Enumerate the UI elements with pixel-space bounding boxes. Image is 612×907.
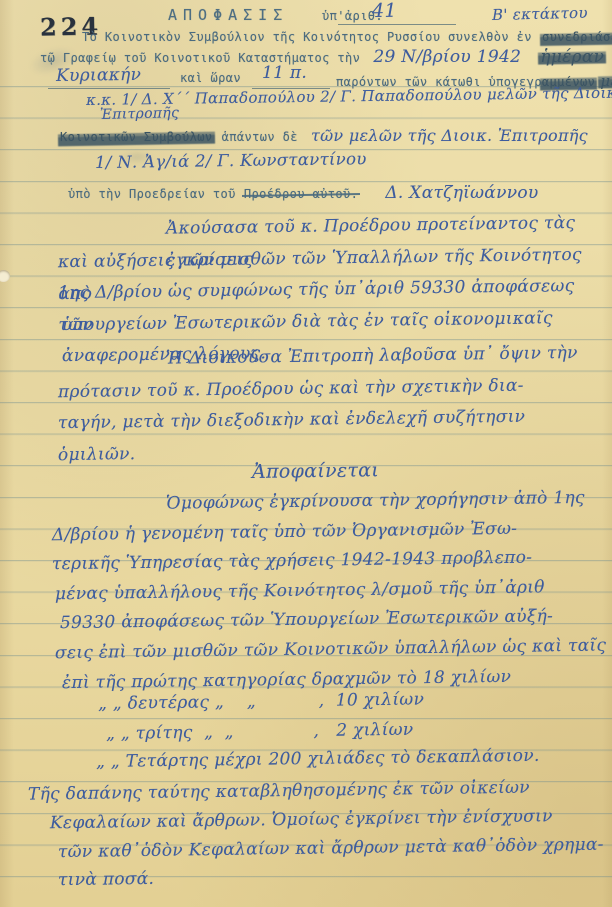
preamble-line-5-typed: ἁπάντων δὲ xyxy=(222,130,298,144)
preamble-line-5-hw: τῶν μελῶν τῆς Διοικ. Ἐπιτροπῆς xyxy=(311,126,588,145)
preamble-line-5: Κοινοτικῶν Συμβούλων ἁπάντων δὲ τῶν μελῶ… xyxy=(60,126,588,145)
scale-line-second: „ „ δευτέρας „ „ , 10 χιλίων xyxy=(98,689,424,714)
correction-insert: Ἐπιτροπῆς xyxy=(100,105,180,123)
scale-line-fourth: „ „ Τετάρτης μέχρι 200 χιλιάδες τὸ δεκαπ… xyxy=(96,746,540,772)
preamble-line-7-struck: Προέδρου αὐτοῦ. xyxy=(244,187,358,201)
document-page: 224 ΑΠΟΦΑΣΙΣ ὑπ'ἀριθ. 41 Β' εκτάκτου Τὸ … xyxy=(0,0,612,907)
preamble-line-3-time: 11 π. xyxy=(262,63,307,83)
decision-heading: Ἀποφαίνεται xyxy=(252,459,379,483)
preamble-line-2-typed: τῷ Γραφείῳ τοῦ Κοινοτικοῦ Καταστήματος τ… xyxy=(40,51,360,65)
preamble-line-5-struck: Κοινοτικῶν Συμβούλων xyxy=(60,130,213,144)
preamble-line-6-members: 1/ Ν. Ἀγ/ιά 2/ Γ. Κωνσταντίνου xyxy=(95,149,367,172)
preamble-line-1-struck: συνεδριάσει ἐν xyxy=(542,30,612,44)
president-name: Δ. Χατζηϊωάννου xyxy=(385,183,538,203)
paragraph-4: Τῆς δαπάνης ταύτης καταβληθησομένης ἐκ τ… xyxy=(0,781,612,896)
decision-title: ΑΠΟΦΑΣΙΣ xyxy=(168,6,288,24)
preamble-line-1: Τὸ Κοινοτικὸν Συμβούλιον τῆς Κοινότητος … xyxy=(82,26,612,45)
preamble-line-2-date: 29 Ν/βρίου 1942 xyxy=(373,47,521,67)
paragraph-3: Ὁμοφώνως ἐγκρίνουσα τὴν χορήγησιν ἀπὸ 1η… xyxy=(0,492,612,699)
preamble-line-1-typed: Τὸ Κοινοτικὸν Συμβούλιον τῆς Κοινότητος … xyxy=(82,30,532,44)
preamble-line-2-struck: ἡμέραν xyxy=(540,47,604,67)
preamble-line-3-day: Κυριακήν xyxy=(56,65,142,86)
preamble-line-2: τῷ Γραφείῳ τοῦ Κοινοτικοῦ Καταστήματος τ… xyxy=(40,47,604,67)
corner-annotation: Β' εκτάκτου xyxy=(492,4,588,24)
preamble-line-7: ὑπὸ τὴν Προεδρείαν τοῦ Προέδρου αὐτοῦ. Δ… xyxy=(68,183,539,203)
scale-line-third: „ „ τρίτης „ „ , 2 χιλίων xyxy=(106,720,414,744)
paragraph-2: Ἡ Διοικοῦσα Ἐπιτροπὴ λαβοῦσα ὑπ᾽ ὄψιν τὴ… xyxy=(0,346,612,472)
decision-number: 41 xyxy=(372,0,397,22)
preamble-line-7-typed: ὑπὸ τὴν Προεδρείαν τοῦ xyxy=(68,187,236,201)
preamble-line-3-typed-a: καὶ ὥραν xyxy=(180,71,241,85)
